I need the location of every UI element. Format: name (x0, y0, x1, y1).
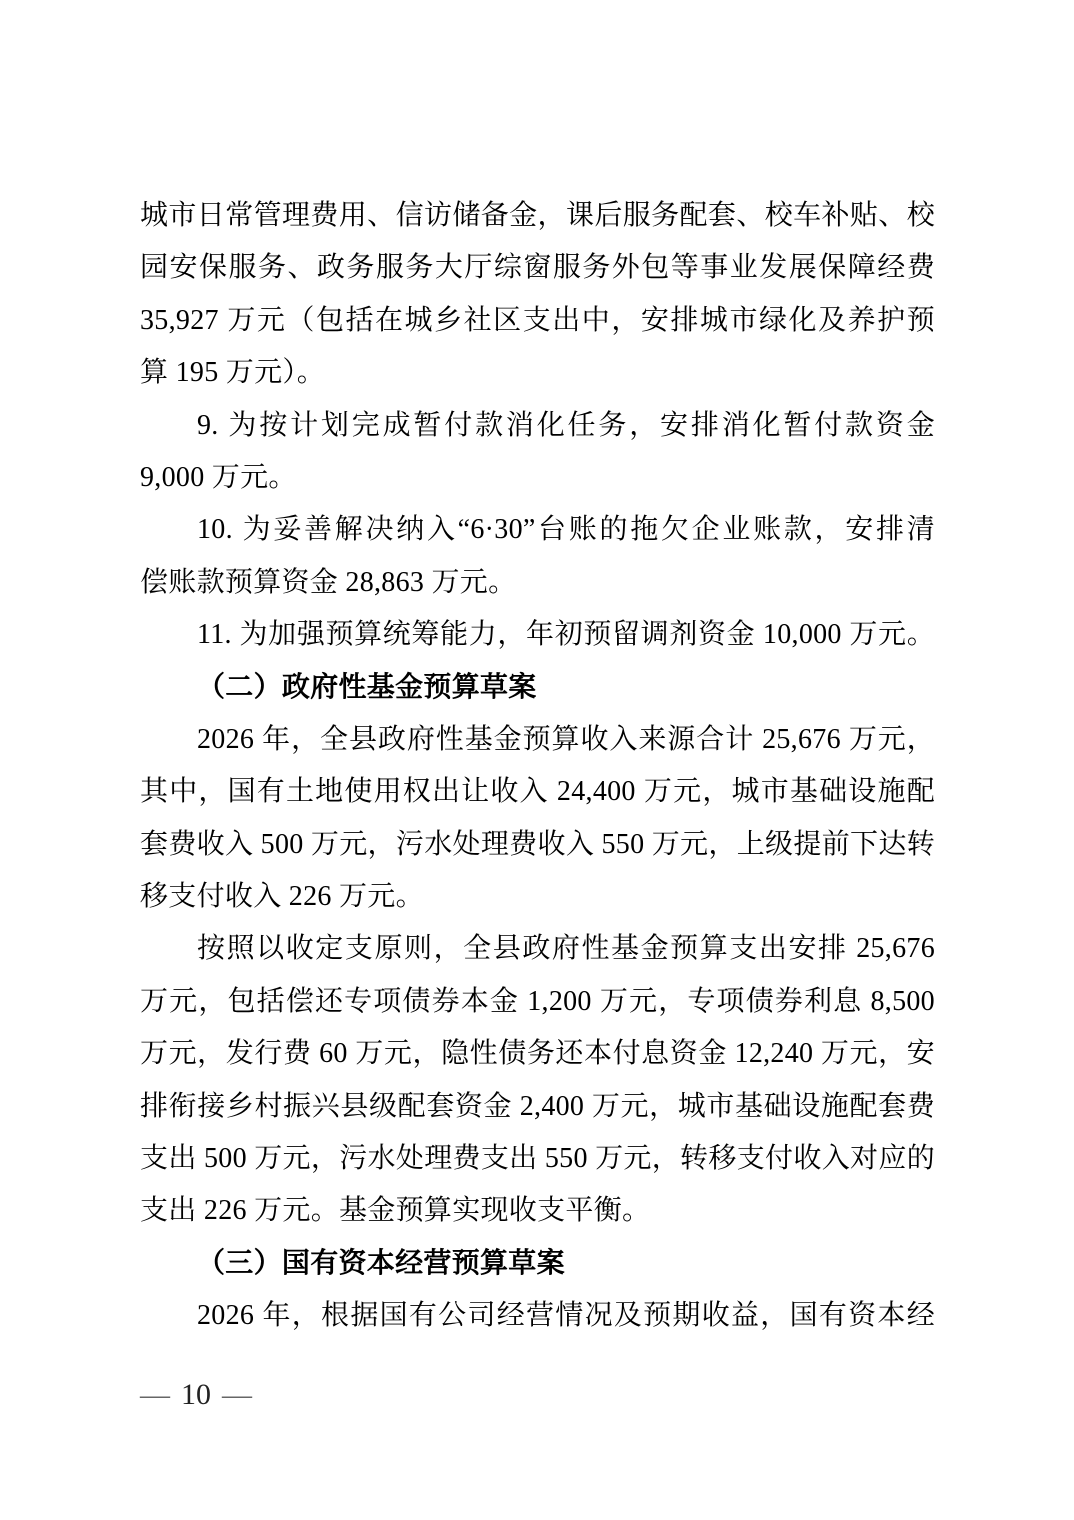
text-line: 园安保服务、政务服务大厅综窗服务外包等事业发展保障经费 (140, 242, 935, 294)
text-line: 移支付收入 226 万元。 (140, 871, 935, 923)
text-line: 万元，包括偿还专项债券本金 1,200 万元，专项债券利息 8,500 (140, 976, 935, 1028)
text-line: 支出 226 万元。基金预算实现收支平衡。 (140, 1185, 935, 1237)
text-line: 城市日常管理费用、信访储备金，课后服务配套、校车补贴、校 (140, 190, 935, 242)
text-line: 35,927 万元（包括在城乡社区支出中，安排城市绿化及养护预 (140, 295, 935, 347)
text-line: 10. 为妥善解决纳入“6·30”台账的拖欠企业账款，安排清 (140, 504, 935, 556)
section-heading: （三）国有资本经营预算草案 (140, 1238, 935, 1290)
text-line: 偿账款预算资金 28,863 万元。 (140, 557, 935, 609)
page-footer: —10— (140, 1378, 252, 1412)
text-line: 2026 年，全县政府性基金预算收入来源合计 25,676 万元， (140, 714, 935, 766)
text-line: 11. 为加强预算统筹能力，年初预留调剂资金 10,000 万元。 (140, 609, 935, 661)
footer-dash-right: — (222, 1378, 252, 1411)
section-heading: （二）政府性基金预算草案 (140, 662, 935, 714)
text-line: 万元，发行费 60 万元，隐性债务还本付息资金 12,240 万元，安 (140, 1028, 935, 1080)
text-line: 排衔接乡村振兴县级配套资金 2,400 万元，城市基础设施配套费 (140, 1081, 935, 1133)
text-line: 按照以收定支原则，全县政府性基金预算支出安排 25,676 (140, 923, 935, 975)
document-page: 城市日常管理费用、信访储备金，课后服务配套、校车补贴、校园安保服务、政务服务大厅… (0, 0, 1074, 1520)
text-line: 9. 为按计划完成暂付款消化任务，安排消化暂付款资金 (140, 400, 935, 452)
text-line: 2026 年，根据国有公司经营情况及预期收益，国有资本经 (140, 1290, 935, 1342)
text-block: 城市日常管理费用、信访储备金，课后服务配套、校车补贴、校园安保服务、政务服务大厅… (140, 190, 935, 1343)
text-line: 支出 500 万元，污水处理费支出 550 万元，转移支付收入对应的 (140, 1133, 935, 1185)
text-line: 套费收入 500 万元，污水处理费收入 550 万元，上级提前下达转 (140, 819, 935, 871)
text-line: 9,000 万元。 (140, 452, 935, 504)
text-line: 其中，国有土地使用权出让收入 24,400 万元，城市基础设施配 (140, 766, 935, 818)
text-line: 算 195 万元）。 (140, 347, 935, 399)
footer-dash-left: — (140, 1378, 170, 1411)
page-number: 10 (181, 1378, 211, 1411)
